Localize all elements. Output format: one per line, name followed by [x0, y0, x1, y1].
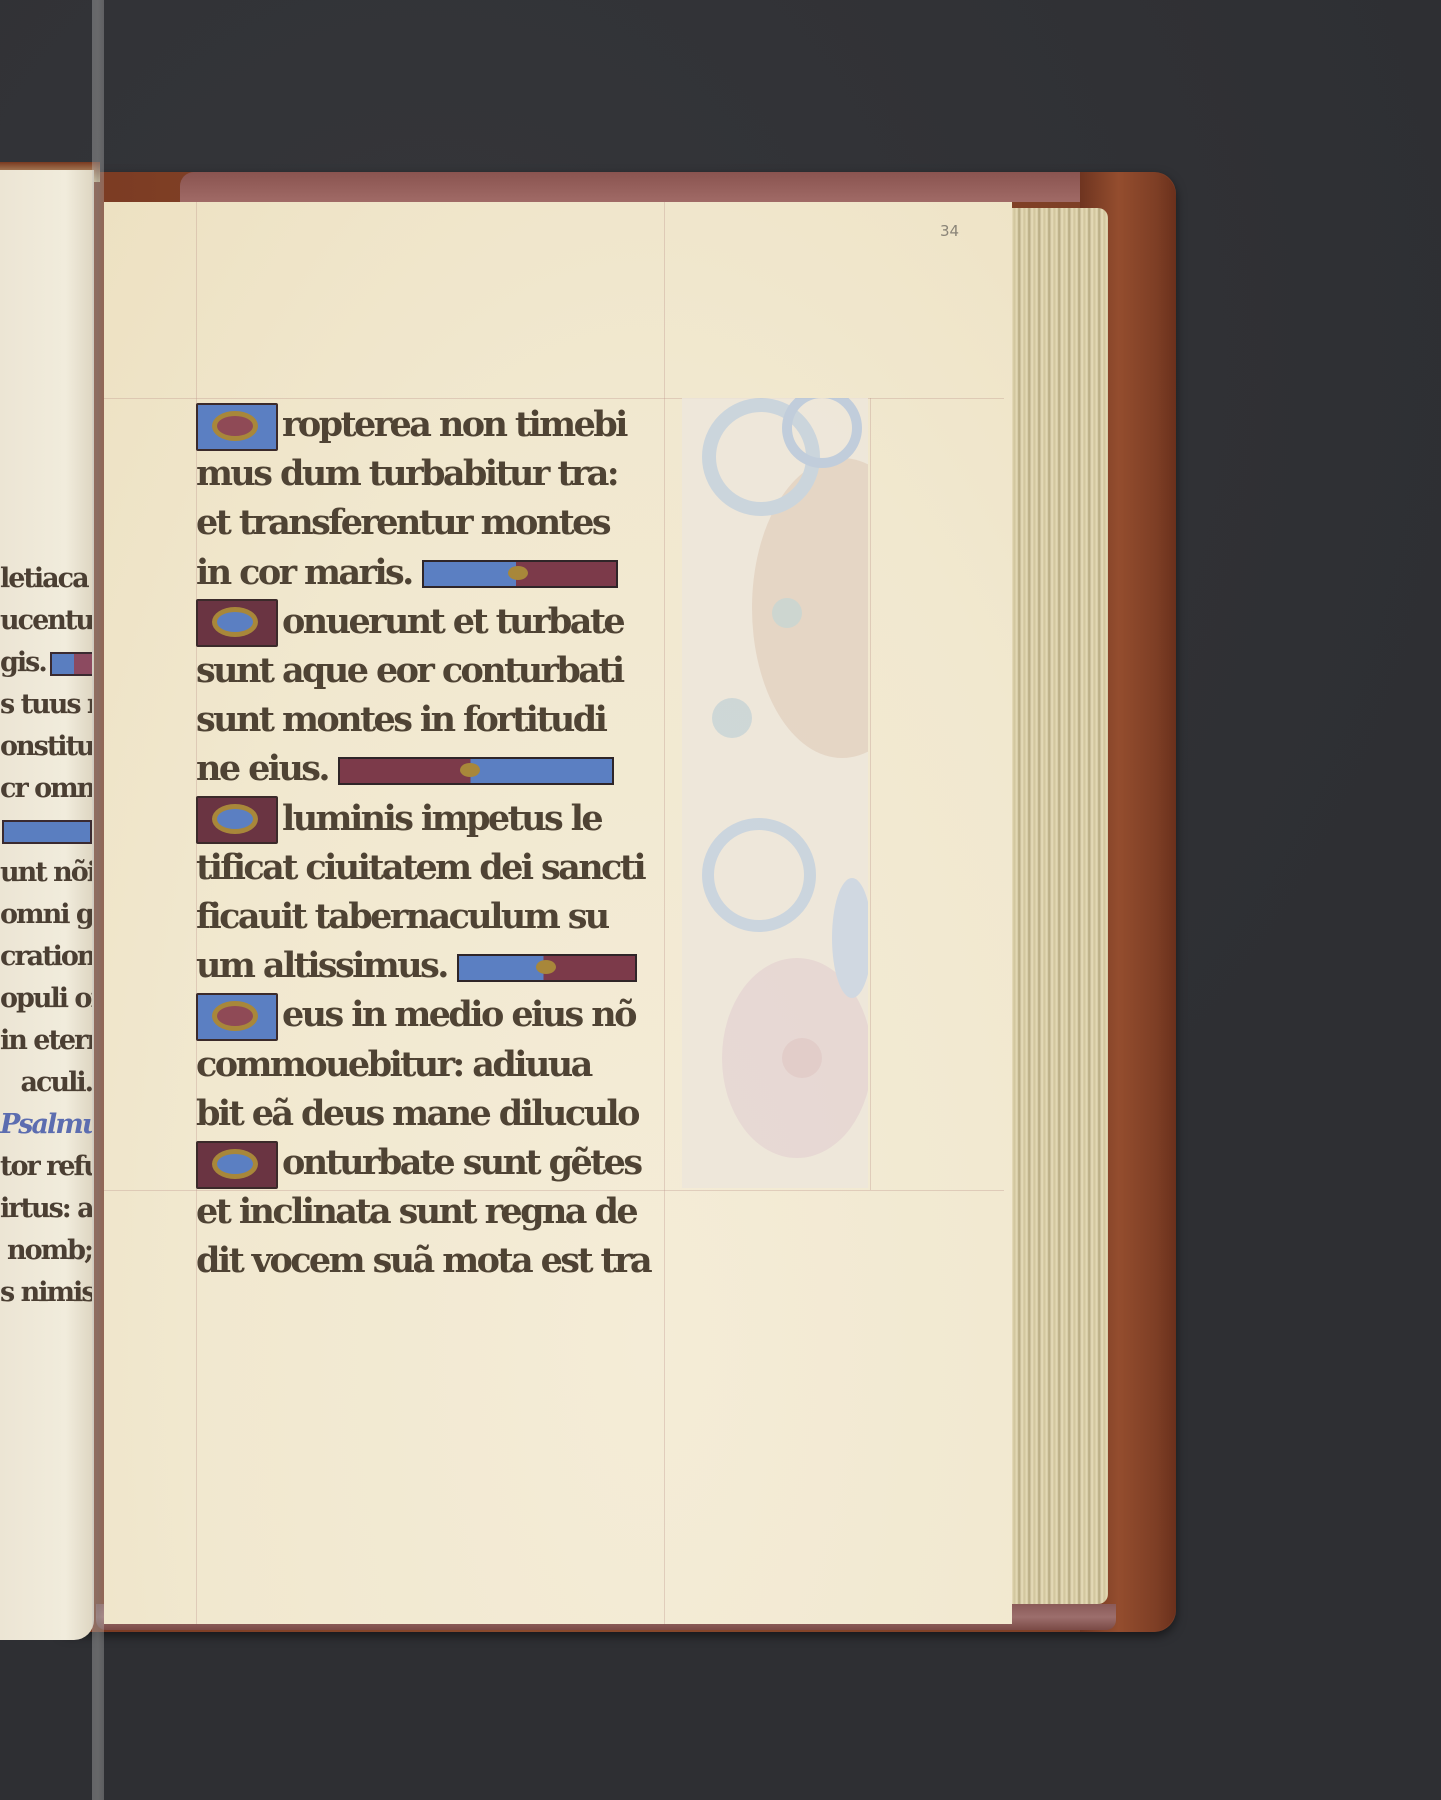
line-text: eus in medio eius nõ — [282, 994, 635, 1035]
left-line-text: ucentur — [0, 605, 92, 636]
line-filler-band — [457, 954, 637, 982]
left-page-line: Psalmu — [0, 1104, 92, 1146]
ruling-line — [870, 398, 871, 1190]
line-text: et transferentur montes — [196, 502, 609, 543]
left-line-text: in eternu — [0, 1025, 92, 1056]
manuscript-line: ropterea non timebi — [196, 400, 626, 450]
left-line-text: s tuus na — [0, 689, 92, 720]
gold-dot-icon — [460, 763, 480, 777]
line-text: bit eã deus mane diluculo — [196, 1093, 638, 1134]
left-page-line: s nimis. — [0, 1272, 92, 1314]
left-page-line: aculi. — [0, 1062, 92, 1104]
left-line-text: letiaca q; — [0, 563, 92, 594]
illuminated-initial-f — [196, 796, 278, 844]
left-line-text: Psalmu — [0, 1109, 92, 1140]
left-line-text: cratione. — [0, 941, 92, 972]
manuscript-line: luminis impetus le — [196, 794, 601, 844]
manuscript-line: tificat ciuitatem dei sancti — [196, 843, 644, 893]
line-text: commouebitur: adiuua — [196, 1044, 591, 1085]
line-text: um altissimus. — [196, 945, 447, 986]
line-text: luminis impetus le — [282, 798, 601, 839]
line-filler-band — [338, 757, 614, 785]
illuminated-initial-c — [196, 1141, 278, 1189]
left-page-line: omni ge — [0, 894, 92, 936]
line-filler-band — [2, 820, 92, 844]
line-filler-band — [422, 560, 618, 588]
illuminated-initial-d — [196, 993, 278, 1041]
manuscript-line: et inclinata sunt regna de — [196, 1187, 636, 1237]
manuscript-line: mus dum turbabitur tra: — [196, 449, 617, 499]
left-line-text: nomb; — [7, 1235, 92, 1266]
line-text: onturbate sunt gẽtes — [282, 1142, 640, 1183]
folio-number: 34 — [940, 222, 959, 240]
ruling-line — [664, 202, 665, 1624]
left-page: letiaca q;ucenturgis.s tuus naonstituusc… — [0, 170, 94, 1640]
floral-border-decoration — [682, 398, 868, 1188]
manuscript-line: ne eius. — [196, 744, 614, 794]
illuminated-initial-s — [196, 599, 278, 647]
line-text: et inclinata sunt regna de — [196, 1191, 636, 1232]
manuscript-line: commouebitur: adiuua — [196, 1040, 591, 1090]
left-page-line: nomb; — [0, 1230, 92, 1272]
left-line-text: opuli om — [0, 983, 92, 1014]
left-page-line: letiaca q; — [0, 558, 92, 600]
initial-ornament-icon — [212, 804, 258, 834]
line-text: sunt montes in fortitudi — [196, 699, 605, 740]
initial-ornament-icon — [212, 1149, 258, 1179]
left-line-text: aculi. — [21, 1067, 92, 1098]
left-page-line: gis. — [0, 642, 92, 684]
manuscript-line: ficauit tabernaculum su — [196, 892, 608, 942]
left-page-line: opuli om — [0, 978, 92, 1020]
line-text: ropterea non timebi — [282, 404, 626, 445]
line-text: in cor maris. — [196, 552, 412, 593]
line-text: onuerunt et turbate — [282, 601, 623, 642]
manuscript-line: um altissimus. — [196, 941, 637, 991]
line-text: ficauit tabernaculum su — [196, 896, 608, 937]
line-text: dit vocem suã mota est tra — [196, 1240, 650, 1281]
left-line-text: cr omnẽ — [0, 773, 92, 804]
left-line-text: unt nõis — [0, 857, 92, 888]
left-page-line: onstituus — [0, 726, 92, 768]
manuscript-line: sunt montes in fortitudi — [196, 695, 605, 745]
left-line-text: tor refug — [0, 1151, 92, 1182]
left-page-line — [0, 810, 92, 852]
left-line-text: s nimis. — [0, 1277, 92, 1308]
manuscript-line: bit eã deus mane diluculo — [196, 1089, 638, 1139]
left-line-text: gis. — [0, 647, 46, 678]
left-page-text: letiaca q;ucenturgis.s tuus naonstituusc… — [0, 558, 92, 1314]
left-page-line: irtus: ad — [0, 1188, 92, 1230]
left-line-text: omni ge — [0, 899, 92, 930]
photo-stand-strip — [92, 0, 104, 1800]
left-page-line: s tuus na — [0, 684, 92, 726]
manuscript-line: onturbate sunt gẽtes — [196, 1138, 640, 1188]
manuscript-line: dit vocem suã mota est tra — [196, 1236, 650, 1286]
initial-ornament-icon — [212, 411, 258, 441]
left-page-line: ucentur — [0, 600, 92, 642]
left-page-line: tor refug — [0, 1146, 92, 1188]
gold-dot-icon — [536, 960, 556, 974]
illuminated-initial-p — [196, 403, 278, 451]
line-text: sunt aque eor conturbati — [196, 650, 623, 691]
line-text: mus dum turbabitur tra: — [196, 453, 617, 494]
line-filler-band — [50, 652, 92, 676]
left-page-line: cratione. — [0, 936, 92, 978]
left-page-line: in eternu — [0, 1020, 92, 1062]
initial-ornament-icon — [212, 1001, 258, 1031]
line-text: ne eius. — [196, 748, 328, 789]
left-page-line: unt nõis — [0, 852, 92, 894]
left-line-text: onstituus — [0, 731, 92, 762]
line-text: tificat ciuitatem dei sancti — [196, 847, 644, 888]
left-page-line: cr omnẽ — [0, 768, 92, 810]
manuscript-line: eus in medio eius nõ — [196, 990, 635, 1040]
ruling-line — [104, 398, 1004, 399]
manuscript-line: et transferentur montes — [196, 498, 609, 548]
manuscript-line: sunt aque eor conturbati — [196, 646, 623, 696]
gold-dot-icon — [508, 566, 528, 580]
initial-ornament-icon — [212, 607, 258, 637]
left-line-text: irtus: ad — [0, 1193, 92, 1224]
manuscript-line: onuerunt et turbate — [196, 597, 623, 647]
page-block-edges — [1004, 208, 1108, 1604]
binding-top-edge — [180, 172, 1120, 202]
manuscript-line: in cor maris. — [196, 548, 618, 598]
